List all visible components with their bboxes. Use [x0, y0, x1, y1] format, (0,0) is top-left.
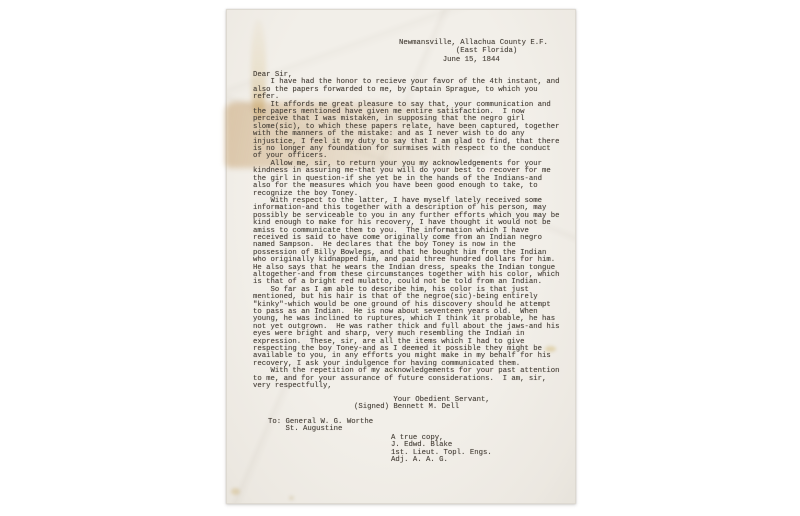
signature-block: Your Obedient Servant, (Signed) Bennett … [354, 397, 490, 412]
addressee-block: To: General W. G. Worthe St. Augustine [268, 419, 373, 434]
letter-page: Newmansville, Allachua County E.F. (East… [226, 9, 576, 504]
dateline: Newmansville, Allachua County E.F. (East… [399, 39, 548, 64]
letter-body: Dear Sir, I have had the honor to reciev… [253, 72, 560, 390]
certification-block: A true copy, J. Edwd. Blake 1st. Lieut. … [391, 435, 492, 465]
stain-spot [289, 496, 294, 500]
scan-background: Newmansville, Allachua County E.F. (East… [0, 0, 800, 516]
stain-spot [231, 488, 240, 495]
